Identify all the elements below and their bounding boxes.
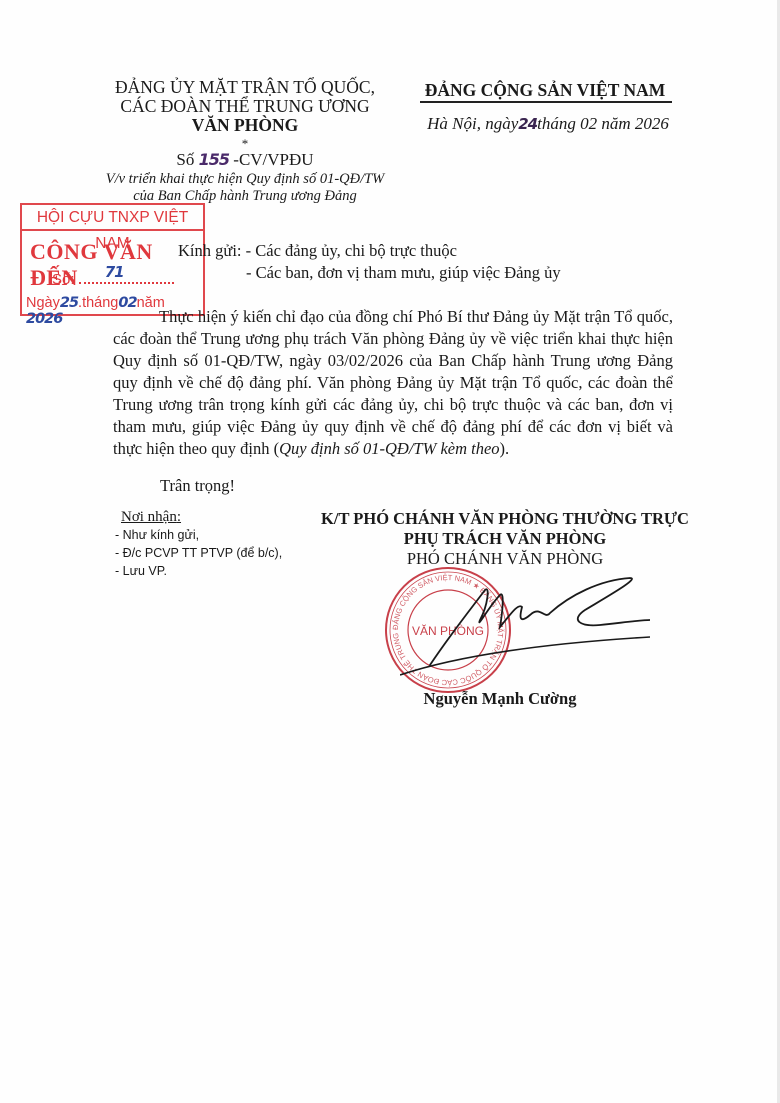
paragraph-text: Thực hiện ý kiến chỉ đạo của đồng chí Ph… (113, 307, 673, 458)
stamp-number-field: 71 (79, 272, 174, 284)
stamp-number: Số: 71 (52, 271, 174, 288)
party-title: ĐẢNG CỘNG SẢN VIỆT NAM (410, 80, 680, 101)
addressee-item: - Các đảng ủy, chi bộ trực thuộc (246, 241, 457, 260)
handwritten-signature-icon (400, 575, 650, 685)
document-page: ĐẢNG ỦY MẶT TRẬN TỔ QUỐC, CÁC ĐOÀN THỂ T… (0, 0, 780, 1103)
signatory-title-1: K/T PHÓ CHÁNH VĂN PHÒNG THƯỜNG TRỰC (300, 509, 710, 529)
distribution-item: - Như kính gửi, (115, 526, 282, 544)
distribution-item: - Lưu VP. (115, 562, 282, 580)
stamp-year-value: 2026 (26, 311, 62, 327)
closing-greeting: Trân trọng! (160, 476, 235, 496)
date-prefix: Hà Nội, ngày (427, 114, 518, 133)
signature-block: K/T PHÓ CHÁNH VĂN PHÒNG THƯỜNG TRỰC PHỤ … (300, 509, 710, 569)
signer-name: Nguyễn Mạnh Cường (400, 689, 600, 709)
date-day-handwritten: 24 (518, 115, 537, 133)
stamp-day-value: 25 (60, 295, 78, 311)
distribution-item: - Đ/c PCVP TT PTVP (để b/c), (115, 544, 282, 562)
stamp-number-label: Số: (52, 271, 75, 288)
title-underline (420, 101, 672, 103)
agency-office: VĂN PHÒNG (100, 116, 390, 135)
attachment-reference: Quy định số 01-QĐ/TW kèm theo (279, 439, 499, 458)
subject-line-1: V/v triển khai thực hiện Quy định số 01-… (95, 171, 395, 188)
document-number: Số 155 -CV/VPĐU (100, 150, 390, 170)
distribution-list: Nơi nhận: - Như kính gửi, - Đ/c PCVP TT … (115, 508, 282, 580)
doc-number-suffix: -CV/VPĐU (233, 150, 313, 169)
stamp-day-label: Ngày (26, 295, 60, 311)
addressees: Kính gửi: - Các đảng ủy, chi bộ trực thu… (178, 240, 561, 284)
distribution-title-colon: : (177, 509, 181, 525)
doc-number-handwritten: 155 (199, 150, 229, 169)
addressee-item: - Các ban, đơn vị tham mưu, giúp việc Đả… (246, 263, 561, 282)
body-text: Thực hiện ý kiến chỉ đạo của đồng chí Ph… (113, 306, 673, 460)
issuing-agency: ĐẢNG ỦY MẶT TRẬN TỔ QUỐC, CÁC ĐOÀN THỂ T… (100, 78, 390, 151)
addressee-label: Kính gửi: (178, 241, 242, 260)
stamp-organization: HỘI CỰU TNXP VIỆT NAM (22, 205, 203, 231)
distribution-title: Nơi nhận: (115, 508, 282, 526)
distribution-title-text: Nơi nhận (121, 509, 177, 525)
agency-line-2: CÁC ĐOÀN THỂ TRUNG ƯƠNG (100, 97, 390, 116)
document-subject: V/v triển khai thực hiện Quy định số 01-… (95, 171, 395, 204)
date-suffix: tháng 02 năm 2026 (537, 114, 669, 133)
subject-line-2: của Ban Chấp hành Trung ương Đảng (95, 188, 395, 205)
signatory-title-2: PHỤ TRÁCH VĂN PHÒNG (300, 529, 710, 549)
body-paragraph: Thực hiện ý kiến chỉ đạo của đồng chí Ph… (113, 306, 673, 460)
issue-date: Hà Nội, ngày24tháng 02 năm 2026 (418, 114, 678, 134)
doc-number-prefix: Số (176, 150, 194, 169)
star-divider: * (100, 137, 390, 151)
paragraph-end: ). (500, 439, 510, 458)
agency-line-1: ĐẢNG ỦY MẶT TRẬN TỔ QUỐC, (100, 78, 390, 97)
stamp-number-value: 71 (105, 263, 124, 281)
